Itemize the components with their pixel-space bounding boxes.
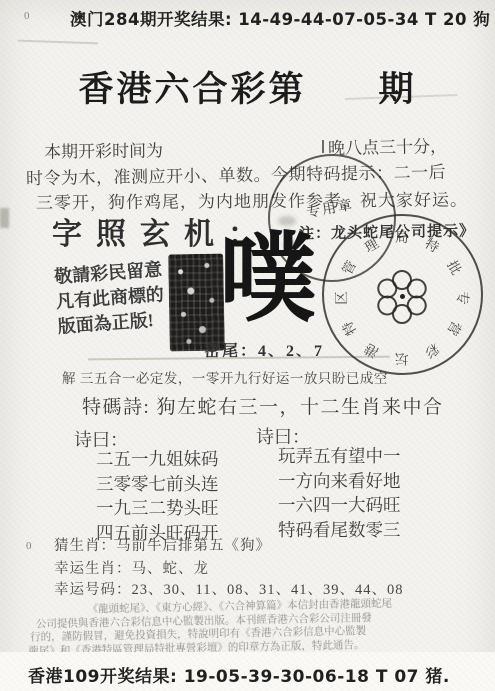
ring-char: 专 xyxy=(454,291,474,305)
lottery-flyer-scan: 0 澳门284期开奖结果: 14-49-44-07-05-34 T 20 狗 香… xyxy=(0,0,495,691)
fine-print-block: 《龍頭蛇尾》、《東方心經》、《六合神算篇》本信封由香港龍頭蛇尾 公司提供與香港六… xyxy=(28,596,477,659)
ring-char: 彩 xyxy=(422,340,444,364)
jie-interpretation-line: 解 三五合一必定发，一零开九行好运一放只盼已成空 xyxy=(62,367,388,387)
poem-line: 特码看尾数零三 xyxy=(278,518,401,543)
ring-char: 特 xyxy=(422,232,444,256)
top-corner-mark: 0 xyxy=(24,10,30,22)
lucky-numbers-line: 幸运号码：23、30、11、08、31、41、39、44、08 xyxy=(54,578,403,599)
lucky-zodiac-line: 幸运生肖：马、蛇、龙 xyxy=(54,557,209,578)
trademark-seal-logo xyxy=(168,254,225,352)
flower-center-dot xyxy=(400,294,405,299)
ring-char: 营 xyxy=(443,318,467,340)
poem-line: 玩弄五有望中一 xyxy=(278,444,401,469)
page-title-suffix: 期 xyxy=(379,70,417,109)
poem-line: 一六四一大码旺 xyxy=(278,493,401,518)
poem-line: 三零零七前头连 xyxy=(96,472,219,497)
intro-line1-left: 本期开彩时间为 xyxy=(44,136,163,162)
zodiac-guess-line: 猜生肖：马前牛后排第五《狗》 xyxy=(54,534,271,555)
mystery-big-character: 噗 xyxy=(219,231,317,329)
authenticity-notice: 敬請彩民留意 凡有此商標的 版面為正版! xyxy=(54,257,167,339)
scan-artifact-tick xyxy=(322,140,324,153)
ring-char: 特 xyxy=(336,318,360,340)
ring-char: 区 xyxy=(330,291,350,305)
ring-char: 批 xyxy=(443,256,467,278)
poem-line: 一九三二势头旺 xyxy=(96,496,219,521)
macau-result-line: 澳门284期开奖结果: 14-49-44-07-05-34 T 20 狗 xyxy=(70,6,490,30)
scan-artifact-dash xyxy=(18,40,98,45)
footer-band: 香港109开奖结果: 19-05-39-30-06-18 T 07 猪. xyxy=(0,652,495,691)
stamp-label: 专用章 xyxy=(305,194,356,222)
poem-line: 一方向来看好地 xyxy=(278,469,401,494)
round-stamp-large: 港 特 区 管 理 局 特 批 专 营 彩 坛 xyxy=(322,214,483,375)
ring-char: 理 xyxy=(360,232,382,256)
ring-char: 坛 xyxy=(395,350,409,370)
page-title-main: 香港六合彩第 xyxy=(78,70,306,109)
poem-left-lines: 二五一九姐妹码 三零零七前头连 一九三二势头旺 四五前头旺码开 xyxy=(96,447,219,545)
ring-char: 港 xyxy=(360,340,382,364)
ink-smudge xyxy=(278,216,296,226)
poem-line: 二五一九姐妹码 xyxy=(96,447,219,472)
ring-char: 管 xyxy=(336,256,360,278)
hk-result-line: 香港109开奖结果: 19-05-39-30-06-18 T 07 猪. xyxy=(28,662,450,687)
bottom-corner-mark: 0 xyxy=(26,540,32,552)
page-title: 香港六合彩第期 xyxy=(0,62,495,112)
scan-artifact-edge-smudge xyxy=(0,208,9,228)
ring-char: 局 xyxy=(395,226,409,246)
tema-poem-line: 特碼詩: 狗左蛇右三一，十二生肖来中合 xyxy=(82,392,444,419)
poem-right-lines: 玩弄五有望中一 一方向来看好地 一六四一大码旺 特码看尾数零三 xyxy=(278,444,401,542)
